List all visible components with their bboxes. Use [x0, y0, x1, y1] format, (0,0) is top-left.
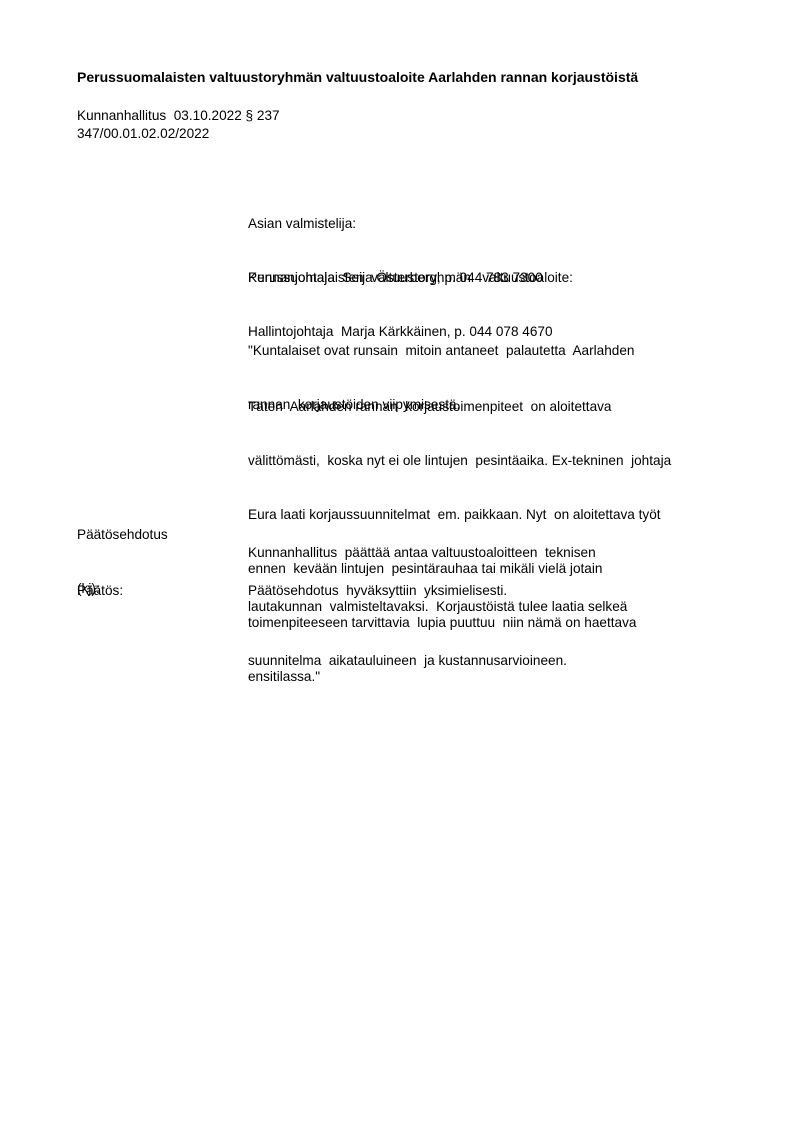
- proposal-line: lautakunnan valmisteltavaksi. Korjaustöi…: [248, 598, 627, 616]
- initiative-heading: Perussuomalaisten valtuustoryhmän valtuu…: [248, 269, 573, 287]
- meeting-reference: Kunnanhallitus 03.10.2022 § 237: [77, 107, 280, 125]
- quote-line: Täten Aarlahden rannan korjaustoimenpite…: [248, 398, 671, 416]
- decision-label: Päätös:: [77, 582, 123, 600]
- document-title: Perussuomalaisten valtuustoryhmän valtuu…: [77, 68, 638, 86]
- preparers-heading: Asian valmistelija:: [248, 215, 553, 233]
- proposal-line: suunnitelma aikatauluineen ja kustannusa…: [248, 652, 627, 670]
- proposal-text: Kunnanhallitus päättää antaa valtuustoal…: [248, 508, 627, 706]
- proposal-label: Päätösehdotus (kj):: [77, 490, 168, 634]
- proposal-label-line: Päätösehdotus: [77, 526, 168, 544]
- decision-text: Päätösehdotus hyväksyttiin yksimielisest…: [248, 582, 507, 600]
- quote-line: "Kuntalaiset ovat runsain mitoin antanee…: [248, 342, 634, 360]
- proposal-line: Kunnanhallitus päättää antaa valtuustoal…: [248, 544, 627, 562]
- quote-line: välittömästi, koska nyt ei ole lintujen …: [248, 452, 671, 470]
- record-number: 347/00.01.02.02/2022: [77, 125, 209, 143]
